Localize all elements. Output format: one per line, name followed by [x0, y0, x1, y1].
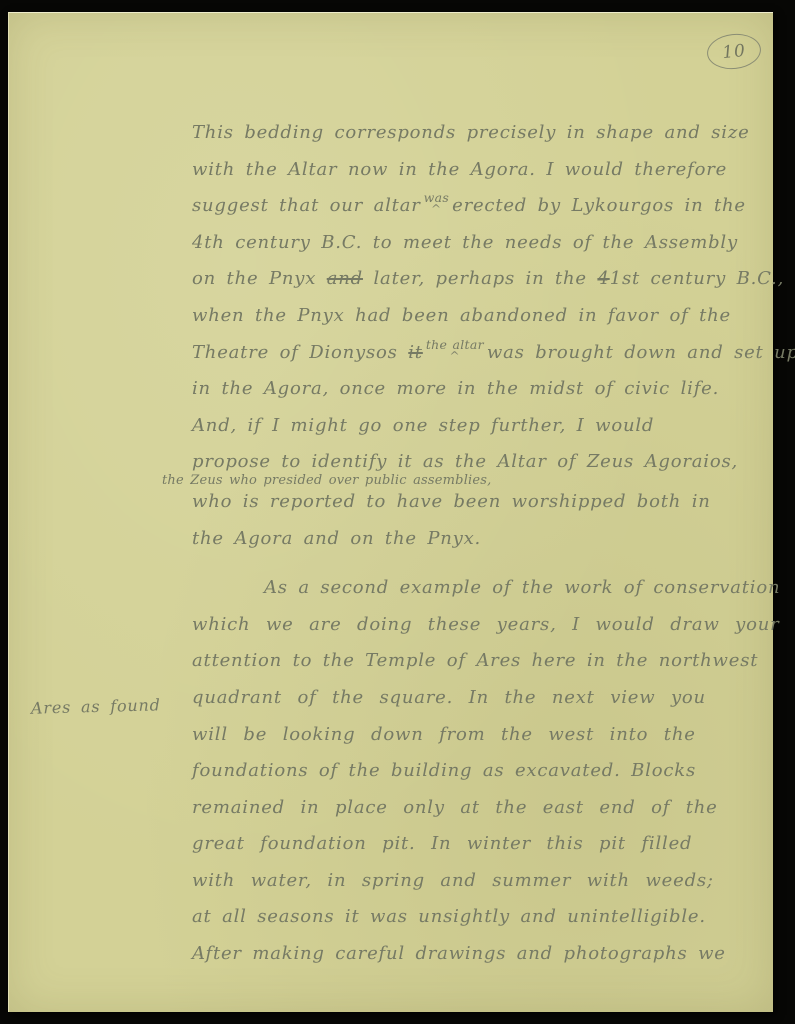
handwritten-line: And, if I might go one step further, I w…: [192, 408, 792, 445]
page-number: 10: [721, 40, 746, 62]
line-segment: Theatre of Dionysos: [192, 342, 398, 363]
handwritten-line: when the Pnyx had been abandoned in favo…: [192, 298, 792, 335]
line-segment: suggest that our altar: [192, 195, 421, 216]
paper-sheet: 10 Ares as found This bedding correspond…: [8, 12, 773, 1012]
handwritten-line: quadrant of the square. In the next view…: [192, 680, 792, 717]
manuscript-scan: { "page": { "number": "10", "margin_note…: [0, 0, 795, 1024]
handwritten-line: As a second example of the work of conse…: [192, 570, 792, 607]
paragraph-altar: This bedding corresponds precisely in sh…: [192, 115, 792, 557]
handwritten-line: at all seasons it was unsightly and unin…: [192, 899, 792, 936]
handwritten-line: After making careful drawings and photog…: [192, 936, 792, 973]
struck-word: 4: [597, 268, 609, 289]
handwritten-text-block: This bedding corresponds precisely in sh…: [192, 115, 792, 973]
handwritten-line: in the Agora, once more in the midst of …: [192, 371, 792, 408]
line-segment: erected by Lykourgos in the: [452, 195, 746, 216]
handwritten-line: attention to the Temple of Ares here in …: [192, 643, 792, 680]
handwritten-line: with the Altar now in the Agora. I would…: [192, 152, 792, 189]
line-segment: was brought down and set up: [487, 342, 795, 363]
page-number-badge: 10: [705, 31, 762, 71]
line-segment: on the Pnyx: [192, 268, 316, 289]
interlinear-insertion-line: the Zeus who presided over public assemb…: [162, 474, 792, 477]
handwritten-line: foundations of the building as excavated…: [192, 753, 792, 790]
struck-word: it: [408, 342, 423, 363]
struck-word: and: [327, 268, 363, 289]
handwritten-line: who is reported to have been worshipped …: [192, 484, 792, 521]
handwritten-line: which we are doing these years, I would …: [192, 607, 792, 644]
handwritten-line: remained in place only at the east end o…: [192, 790, 792, 827]
line-segment: later, perhaps in the: [374, 268, 587, 289]
caret-mark: ^: [431, 204, 442, 214]
handwritten-line: the Agora and on the Pnyx.: [192, 521, 792, 558]
handwritten-line: Theatre of Dionysos itthe altar^was brou…: [192, 335, 792, 372]
handwritten-line: will be looking down from the west into …: [192, 717, 792, 754]
margin-note: Ares as found: [31, 695, 161, 717]
caret-mark: ^: [449, 351, 460, 361]
interlinear-insertion: was^: [424, 192, 449, 214]
handwritten-line: This bedding corresponds precisely in sh…: [192, 115, 792, 152]
line-segment: 1st century B.C.,: [610, 268, 784, 289]
interlinear-insertion: the altar^: [426, 339, 484, 361]
handwritten-line: great foundation pit. In winter this pit…: [192, 826, 792, 863]
handwritten-line: suggest that our altarwas^erected by Lyk…: [192, 188, 792, 225]
paragraph-temple-of-ares: As a second example of the work of conse…: [192, 570, 792, 973]
handwritten-line: on the Pnyx and later, perhaps in the 41…: [192, 261, 792, 298]
handwritten-line: with water, in spring and summer with we…: [192, 863, 792, 900]
handwritten-line: 4th century B.C. to meet the needs of th…: [192, 225, 792, 262]
